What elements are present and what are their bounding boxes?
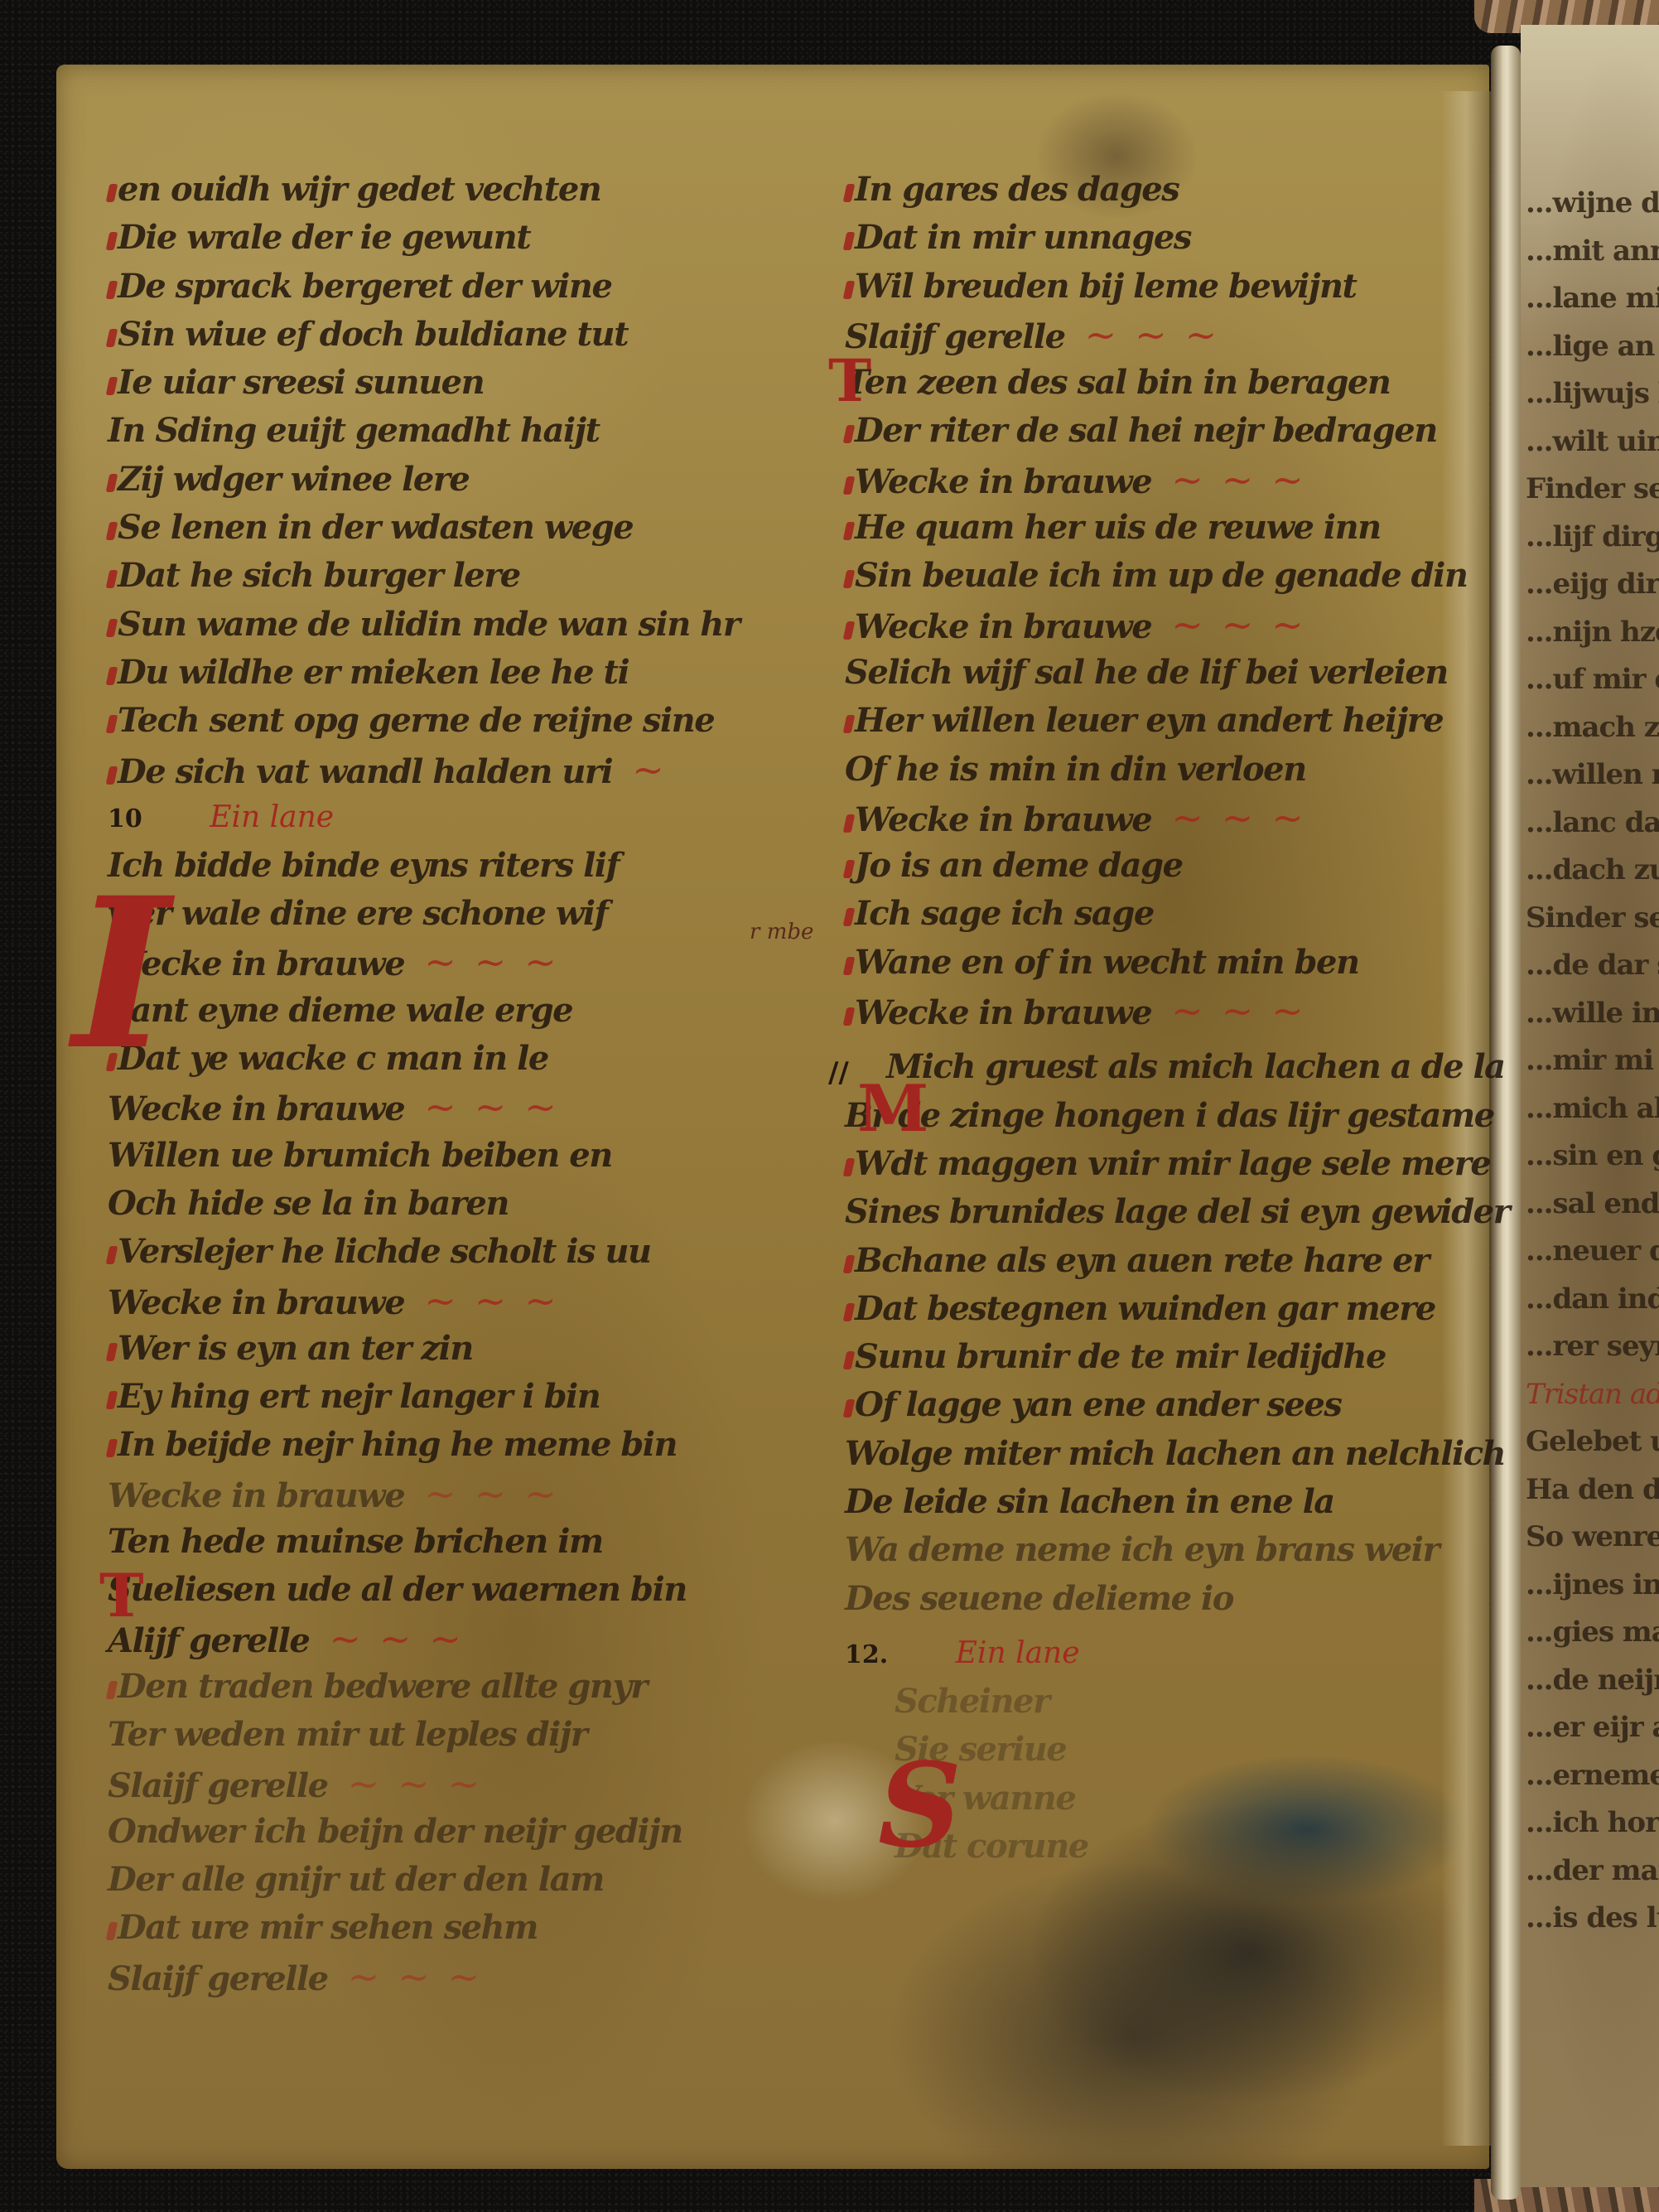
- line-filler-icon: ~~~: [348, 1953, 499, 2001]
- facing-line: ...mir mi gedane de: [1526, 1044, 1659, 1092]
- rubric-tick-icon: [843, 860, 856, 878]
- verse-line: He quam her uis de reuwe inn: [845, 504, 1474, 552]
- book-gutter: [1491, 46, 1521, 2200]
- verse-line: In Sding euijt gemadht haijt: [108, 407, 787, 455]
- verse-line: Bchane als eyn auen rete hare er: [845, 1237, 1474, 1285]
- facing-line: ...rer seyn z e: [1526, 1330, 1659, 1378]
- rubric-tick-icon: [106, 329, 118, 347]
- verse-line: Die wrale der ie gewunt: [108, 214, 787, 262]
- decorated-initial-t: T: [99, 1566, 144, 1625]
- verse-line: Ich sage ich sage: [845, 890, 1474, 938]
- verse-line: De sich vat wandl halden uri~: [108, 746, 787, 794]
- verse-line: Se lenen in der wdasten wege: [108, 504, 787, 552]
- verse-line: Tech sent opg gerne de reijne sine: [108, 697, 787, 745]
- verse-line: Sueliesen ude al der waernen bin: [108, 1566, 787, 1614]
- verse-line: Wolge miter mich lachen an nelchlich: [845, 1430, 1474, 1478]
- rubric-tick-icon: [106, 377, 118, 395]
- verse-line: Willen ue brumich beiben en: [108, 1132, 787, 1180]
- rubric-tick-icon: [843, 1255, 856, 1273]
- facing-line: ...wille in broude: [1526, 997, 1659, 1045]
- line-filler-icon: ~~~: [1171, 456, 1322, 504]
- verse-line: Wecke in brauwe~~~: [108, 1470, 787, 1518]
- verse-line: Des seuene delieme io: [845, 1575, 1474, 1623]
- verse-line: In gares des dages: [845, 166, 1474, 214]
- verse-line: Dat ure mir sehen sehm: [108, 1904, 787, 1952]
- facing-line: ...der man doch gen: [1526, 1854, 1659, 1902]
- facing-line: ...de neijr wan der me: [1526, 1664, 1659, 1712]
- section-rubric: Ein lane: [210, 800, 334, 834]
- facing-line: ...sal ende brenge: [1526, 1187, 1659, 1235]
- facing-line: ...is des luzelen: [1526, 1901, 1659, 1949]
- rubric-tick-icon: [106, 1343, 118, 1361]
- rubric-tick-icon: [106, 184, 118, 202]
- rubric-tick-icon: [106, 1439, 118, 1457]
- verse-line: Der alle gnijr ut der den lam: [108, 1856, 787, 1904]
- facing-line: ...wilt uims here: [1526, 425, 1659, 473]
- verse-line: Den traden bedwere allte gnyr: [108, 1663, 787, 1711]
- verse-line: Slaijf gerelle~~~: [845, 311, 1474, 359]
- facing-line: ...de dar so bin ich: [1526, 949, 1659, 997]
- verse-line: Sun wame de ulidin mde wan sin hr: [108, 601, 787, 649]
- line-filler-icon: ~~~: [1171, 794, 1322, 842]
- rubric-tick-icon: [106, 1681, 118, 1699]
- rubric-tick-icon: [106, 619, 118, 637]
- line-filler-icon: ~~~: [1171, 987, 1322, 1035]
- facing-line: ...lige an schaw: [1526, 330, 1659, 378]
- facing-line: So wenre allu: [1526, 1520, 1659, 1568]
- rubric-tick-icon: [843, 814, 856, 833]
- section-heading: 10 Ein lane: [108, 794, 787, 842]
- verse-line: Ie uiar sreesi sunuen: [108, 359, 787, 407]
- verse-line: Dat he sich burger lere: [108, 552, 787, 600]
- verse-line: Ten hede muinse brichen im: [108, 1518, 787, 1566]
- line-filler-icon: ~~~: [424, 938, 575, 986]
- verse-line: Her willen leuer eyn andert heijre: [845, 697, 1474, 745]
- verse-line: Du wildhe er mieken lee he ti: [108, 649, 787, 697]
- line-filler-icon: ~: [632, 746, 682, 794]
- facing-line: ...er eijr anders de: [1526, 1711, 1659, 1759]
- verse-line: Wecke in brauwe~~~: [108, 1277, 787, 1325]
- verse-line: Selich wijf sal he de lif bei verleien: [845, 649, 1474, 697]
- facing-page-strip: ...wijne de ... ...mit anm hze gel ...la…: [1521, 25, 1659, 2187]
- facing-line: ...gies man. was de: [1526, 1616, 1659, 1664]
- facing-line: Gelebet und w: [1526, 1425, 1659, 1473]
- facing-line: ...lane mich hers: [1526, 282, 1659, 330]
- rubric-tick-icon: [843, 1399, 856, 1418]
- facing-line: ...wijne de ...: [1526, 186, 1659, 234]
- verse-line: De leide sin lachen in ene la: [845, 1478, 1474, 1526]
- decorated-initial-m: M: [857, 1077, 928, 1142]
- verse-line: Sin beuale ich im up de genade din: [845, 552, 1474, 600]
- line-filler-icon: ~~~: [1085, 311, 1236, 359]
- verse-line: Ter weden mir ut leples dijr: [108, 1711, 787, 1759]
- rubric-tick-icon: [843, 1303, 856, 1321]
- verse-line: Wecke in brauwe~~~: [845, 987, 1474, 1035]
- verse-line: De sprack bergeret der wine: [108, 263, 787, 311]
- verse-line: Wil breuden bij leme bewijnt: [845, 263, 1474, 311]
- facing-line: ...lijwujs brunner: [1526, 377, 1659, 425]
- verse-line: Wer is eyn an ter zin: [108, 1325, 787, 1373]
- verse-line: Wdt maggen vnir mir lage sele mere: [845, 1140, 1474, 1188]
- verse-line: Dat ye wacke c man in le: [108, 1035, 787, 1083]
- rubric-tick-icon: [843, 570, 856, 588]
- line-filler-icon: ~~~: [329, 1615, 480, 1663]
- rubric-tick-icon: [843, 522, 856, 540]
- verse-line: Br de zinge hongen i das lijr gestame: [845, 1092, 1474, 1140]
- section-rubric: Ein lane: [956, 1636, 1080, 1670]
- facing-line: ...ich horen welchen h: [1526, 1806, 1659, 1854]
- margin-annotation: r mbe: [750, 920, 813, 944]
- facing-line: ...lijf dirg dine: [1526, 520, 1659, 568]
- right-text-column: In gares des dages Dat in mir unnages Wi…: [845, 166, 1474, 1871]
- verse-line: Wa deme neme ich eyn brans weir: [845, 1526, 1474, 1574]
- verse-line: Der riter de sal hei nejr bedragen: [845, 407, 1474, 455]
- verse-line: Ondwer ich beijn der neijr gedijn: [108, 1808, 787, 1856]
- verse-line: Wecke in brauwe~~~: [108, 1083, 787, 1131]
- verse-line: Wecke in brauwe~~~: [845, 456, 1474, 504]
- verse-line: Slaijf gerelle~~~: [108, 1953, 787, 2001]
- verse-line: Wecke in brauwe~~~: [845, 601, 1474, 649]
- verse-line: Sines brunides lage del si eyn gewider: [845, 1188, 1474, 1236]
- verse-line: Mich gruest als mich lachen a de la: [845, 1043, 1474, 1091]
- decorated-initial-s: S: [878, 1748, 962, 1864]
- rubric-tick-icon: [106, 281, 118, 299]
- verse-line: Jo is an deme dage: [845, 842, 1474, 890]
- verse-line: Of lagge yan ene ander sees: [845, 1381, 1474, 1429]
- facing-line: Finder seijn: [1526, 472, 1659, 520]
- rubric-tick-icon: [106, 1246, 118, 1264]
- rubric-tick-icon: [843, 476, 856, 495]
- facing-line: ...mich al mim lei: [1526, 1092, 1659, 1140]
- rubric-tick-icon: [843, 184, 856, 202]
- verse-line: Dat in mir unnages: [845, 214, 1474, 262]
- rubric-tick-icon: [106, 766, 118, 785]
- verse-line: Zij wdger winee lere: [108, 456, 787, 504]
- rubric-tick-icon: [106, 474, 118, 492]
- facing-line: ...ernemen wil. de m: [1526, 1759, 1659, 1807]
- facing-page-text: ...wijne de ... ...mit anm hze gel ...la…: [1526, 186, 1659, 1949]
- verse-line: Wecke in brauwe~~~: [845, 794, 1474, 842]
- rubric-tick-icon: [843, 715, 856, 733]
- line-filler-icon: ~~~: [348, 1760, 499, 1808]
- rubric-tick-icon: [843, 425, 856, 443]
- verse-line: Sin wiue ef doch buldiane tut: [108, 311, 787, 359]
- rubric-tick-icon: [106, 570, 118, 588]
- verse-line: Sant eyne dieme wale erge: [108, 987, 787, 1035]
- verse-line: Verslejer he lichde scholt is uu: [108, 1228, 787, 1276]
- rubric-tick-icon: [843, 281, 856, 299]
- verse-line: In beijde nejr hing he meme bin: [108, 1421, 787, 1469]
- rubric-tick-icon: [106, 1391, 118, 1409]
- section-number: 12.: [845, 1640, 888, 1669]
- verse-line: Scheiner: [845, 1678, 1474, 1726]
- facing-line: ...eijg dirg dine: [1526, 567, 1659, 616]
- facing-line: Sinder seyn z e: [1526, 901, 1659, 949]
- line-filler-icon: ~~~: [424, 1277, 575, 1325]
- section-number: 10: [108, 804, 142, 833]
- verse-line: Ich bidde binde eyns riters lif: [108, 842, 787, 890]
- verse-line: en ouidh wijr gedet vechten: [108, 166, 787, 214]
- decorated-initial-i: I: [73, 870, 170, 1077]
- decorated-initial-t-right: T: [828, 352, 871, 410]
- rubric-tick-icon: [106, 522, 118, 540]
- facing-line: ...willen noch erg: [1526, 758, 1659, 806]
- verse-line: Sunu brunir de te mir ledijdhe: [845, 1333, 1474, 1381]
- line-filler-icon: ~~~: [424, 1470, 575, 1518]
- rubric-tick-icon: [106, 232, 118, 250]
- verse-line: Slaijf gerelle~~~: [108, 1760, 787, 1808]
- verse-line: Dat bestegnen wuinden gar mere: [845, 1285, 1474, 1333]
- line-filler-icon: ~~~: [424, 1083, 575, 1131]
- facing-line: ...ijnes in der wer: [1526, 1568, 1659, 1616]
- rubric-tick-icon: [106, 1922, 118, 1940]
- left-text-column: en ouidh wijr gedet vechten Die wrale de…: [108, 166, 787, 2001]
- facing-line: ...mach zu mir la: [1526, 711, 1659, 759]
- verse-line: Of he is min in din verloen: [845, 746, 1474, 794]
- rubric-tick-icon: [843, 621, 856, 640]
- rubric-tick-icon: [843, 232, 856, 250]
- verse-line: Ten zeen des sal bin in beragen: [845, 359, 1474, 407]
- facing-line: ...nijn hze m rener: [1526, 616, 1659, 664]
- facing-rubric: Tristan ade: [1526, 1378, 1659, 1426]
- facing-line: ...dach zu brouden: [1526, 853, 1659, 901]
- rubric-tick-icon: [843, 957, 856, 975]
- section-heading: 12. Ein lane: [845, 1630, 1474, 1678]
- verse-line: Och hide se la in baren: [108, 1180, 787, 1228]
- verse-line: Wecke in brauwe~~~: [108, 938, 787, 986]
- rubric-tick-icon: [843, 1158, 856, 1176]
- facing-line: ...uf mir eijn geman: [1526, 663, 1659, 711]
- facing-line: ...sin en gange: [1526, 1139, 1659, 1187]
- facing-line: ...lanc dan her: [1526, 806, 1659, 854]
- verse-line: wer wale dine ere schone wif: [108, 890, 787, 938]
- verse-line: Wane en of in wecht min ben: [845, 939, 1474, 987]
- rubric-tick-icon: [843, 1351, 856, 1369]
- verse-line: Ey hing ert nejr langer i bin: [108, 1373, 787, 1421]
- facing-line: ...dan ind des gel: [1526, 1282, 1659, 1331]
- rubric-tick-icon: [843, 908, 856, 926]
- rubric-tick-icon: [843, 1007, 856, 1026]
- facing-line: ...neuer du nlmi: [1526, 1234, 1659, 1282]
- line-filler-icon: ~~~: [1171, 601, 1322, 649]
- rubric-tick-icon: [106, 667, 118, 685]
- verse-line: Alijf gerelle~~~: [108, 1615, 787, 1663]
- facing-line: ...mit anm hze gel: [1526, 234, 1659, 283]
- rubric-tick-icon: [106, 715, 118, 733]
- facing-line: Ha den der werl: [1526, 1473, 1659, 1521]
